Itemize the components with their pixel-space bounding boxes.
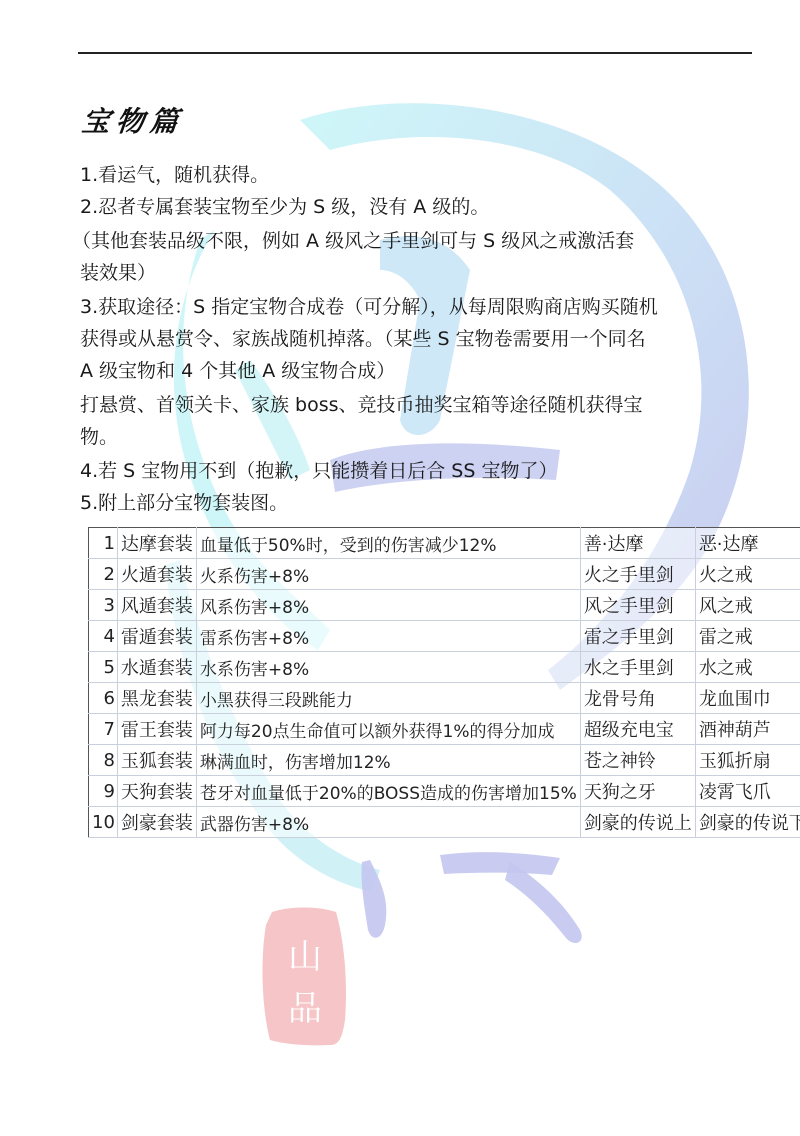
- set-effect: 火系伤害+8%: [196, 559, 580, 590]
- set-item-2: 火之戒: [695, 559, 800, 590]
- paragraph-3-cont-2: A 级宝物和 4 个其他 A 级宝物合成）: [80, 356, 395, 386]
- row-index: 10: [89, 807, 118, 838]
- paragraph-5: 5.附上部分宝物套装图。: [80, 488, 288, 518]
- set-effect: 阿力每20点生命值可以额外获得1%的得分加成: [196, 714, 580, 745]
- table-row: 9 天狗套装 苍牙对血量低于20%的BOSS造成的伤害增加15% 天狗之牙 凌霄…: [89, 776, 800, 807]
- set-effect: 小黑获得三段跳能力: [196, 683, 580, 714]
- set-name: 达摩套装: [117, 528, 196, 559]
- set-item-2: 剑豪的传说下: [695, 807, 800, 838]
- set-name: 黑龙套装: [117, 683, 196, 714]
- set-item-1: 水之手里剑: [580, 652, 695, 683]
- row-index: 8: [89, 745, 118, 776]
- set-item-2: 雷之戒: [695, 621, 800, 652]
- set-item-1: 雷之手里剑: [580, 621, 695, 652]
- table-row: 3 风遁套装 风系伤害+8% 风之手里剑 风之戒: [89, 590, 800, 621]
- paragraph-4: 4.若 S 宝物用不到（抱歉，只能攒着日后合 SS 宝物了）: [80, 456, 557, 486]
- set-name: 剑豪套装: [117, 807, 196, 838]
- set-item-2: 玉狐折扇: [695, 745, 800, 776]
- set-effect: 琳满血时，伤害增加12%: [196, 745, 580, 776]
- paragraph-3-cont: 获得或从悬赏令、家族战随机掉落。（某些 S 宝物卷需要用一个同名: [80, 324, 646, 354]
- set-item-2: 水之戒: [695, 652, 800, 683]
- paragraph-3: 3.获取途径：S 指定宝物合成卷（可分解），从每周限购商店购买随机: [80, 292, 658, 322]
- paragraph-2-note-cont: 装效果）: [80, 258, 156, 288]
- row-index: 2: [89, 559, 118, 590]
- paragraph-2-note: （其他套装品级不限，例如 A 级风之手里剑可与 S 级风之戒激活套: [72, 226, 634, 256]
- set-effect: 雷系伤害+8%: [196, 621, 580, 652]
- paragraph-3-extra: 打悬赏、首领关卡、家族 boss、竞技币抽奖宝箱等途径随机获得宝: [80, 390, 643, 420]
- set-name: 火遁套装: [117, 559, 196, 590]
- set-item-2: 凌霄飞爪: [695, 776, 800, 807]
- paragraph-2: 2.忍者专属套装宝物至少为 S 级，没有 A 级的。: [80, 192, 489, 222]
- row-index: 6: [89, 683, 118, 714]
- set-effect: 水系伤害+8%: [196, 652, 580, 683]
- table-row: 6 黑龙套装 小黑获得三段跳能力 龙骨号角 龙血围巾: [89, 683, 800, 714]
- set-item-1: 龙骨号角: [580, 683, 695, 714]
- set-name: 雷王套装: [117, 714, 196, 745]
- seal-stamp-icon: 山 品: [263, 908, 346, 1046]
- row-index: 9: [89, 776, 118, 807]
- table-row: 4 雷遁套装 雷系伤害+8% 雷之手里剑 雷之戒: [89, 621, 800, 652]
- set-name: 雷遁套装: [117, 621, 196, 652]
- row-index: 7: [89, 714, 118, 745]
- set-effect: 血量低于50%时，受到的伤害减少12%: [196, 528, 580, 559]
- set-item-1: 火之手里剑: [580, 559, 695, 590]
- table-row: 8 玉狐套装 琳满血时，伤害增加12% 苍之神铃 玉狐折扇: [89, 745, 800, 776]
- paragraph-1: 1.看运气，随机获得。: [80, 160, 269, 190]
- header-rule: [78, 52, 752, 54]
- set-name: 玉狐套装: [117, 745, 196, 776]
- set-effect: 武器伤害+8%: [196, 807, 580, 838]
- set-name: 天狗套装: [117, 776, 196, 807]
- set-item-2: 风之戒: [695, 590, 800, 621]
- set-item-1: 苍之神铃: [580, 745, 695, 776]
- set-effect: 苍牙对血量低于20%的BOSS造成的伤害增加15%: [196, 776, 580, 807]
- page-title: 宝物篇: [80, 100, 186, 140]
- svg-text:品: 品: [288, 989, 322, 1029]
- row-index: 5: [89, 652, 118, 683]
- paragraph-3-extra-cont: 物。: [80, 422, 118, 452]
- row-index: 1: [89, 528, 118, 559]
- row-index: 3: [89, 590, 118, 621]
- table-row: 10 剑豪套装 武器伤害+8% 剑豪的传说上 剑豪的传说下: [89, 807, 800, 838]
- set-item-1: 风之手里剑: [580, 590, 695, 621]
- set-item-1: 天狗之牙: [580, 776, 695, 807]
- table-row: 5 水遁套装 水系伤害+8% 水之手里剑 水之戒: [89, 652, 800, 683]
- table-row: 7 雷王套装 阿力每20点生命值可以额外获得1%的得分加成 超级充电宝 酒神葫芦: [89, 714, 800, 745]
- document-page: 山 品 宝物篇 1.看运气，随机获得。 2.忍者专属套装宝物至少为 S 级，没有…: [0, 0, 800, 1136]
- set-effect: 风系伤害+8%: [196, 590, 580, 621]
- set-name: 风遁套装: [117, 590, 196, 621]
- set-item-2: 龙血围巾: [695, 683, 800, 714]
- set-item-1: 剑豪的传说上: [580, 807, 695, 838]
- row-index: 4: [89, 621, 118, 652]
- set-item-1: 超级充电宝: [580, 714, 695, 745]
- set-name: 水遁套装: [117, 652, 196, 683]
- set-item-2: 恶·达摩: [695, 528, 800, 559]
- set-item-2: 酒神葫芦: [695, 714, 800, 745]
- treasure-set-table: 1 达摩套装 血量低于50%时，受到的伤害减少12% 善·达摩 恶·达摩 2 火…: [88, 527, 800, 838]
- svg-text:山: 山: [288, 937, 322, 977]
- set-item-1: 善·达摩: [580, 528, 695, 559]
- table-row: 1 达摩套装 血量低于50%时，受到的伤害减少12% 善·达摩 恶·达摩: [89, 528, 800, 559]
- table-row: 2 火遁套装 火系伤害+8% 火之手里剑 火之戒: [89, 559, 800, 590]
